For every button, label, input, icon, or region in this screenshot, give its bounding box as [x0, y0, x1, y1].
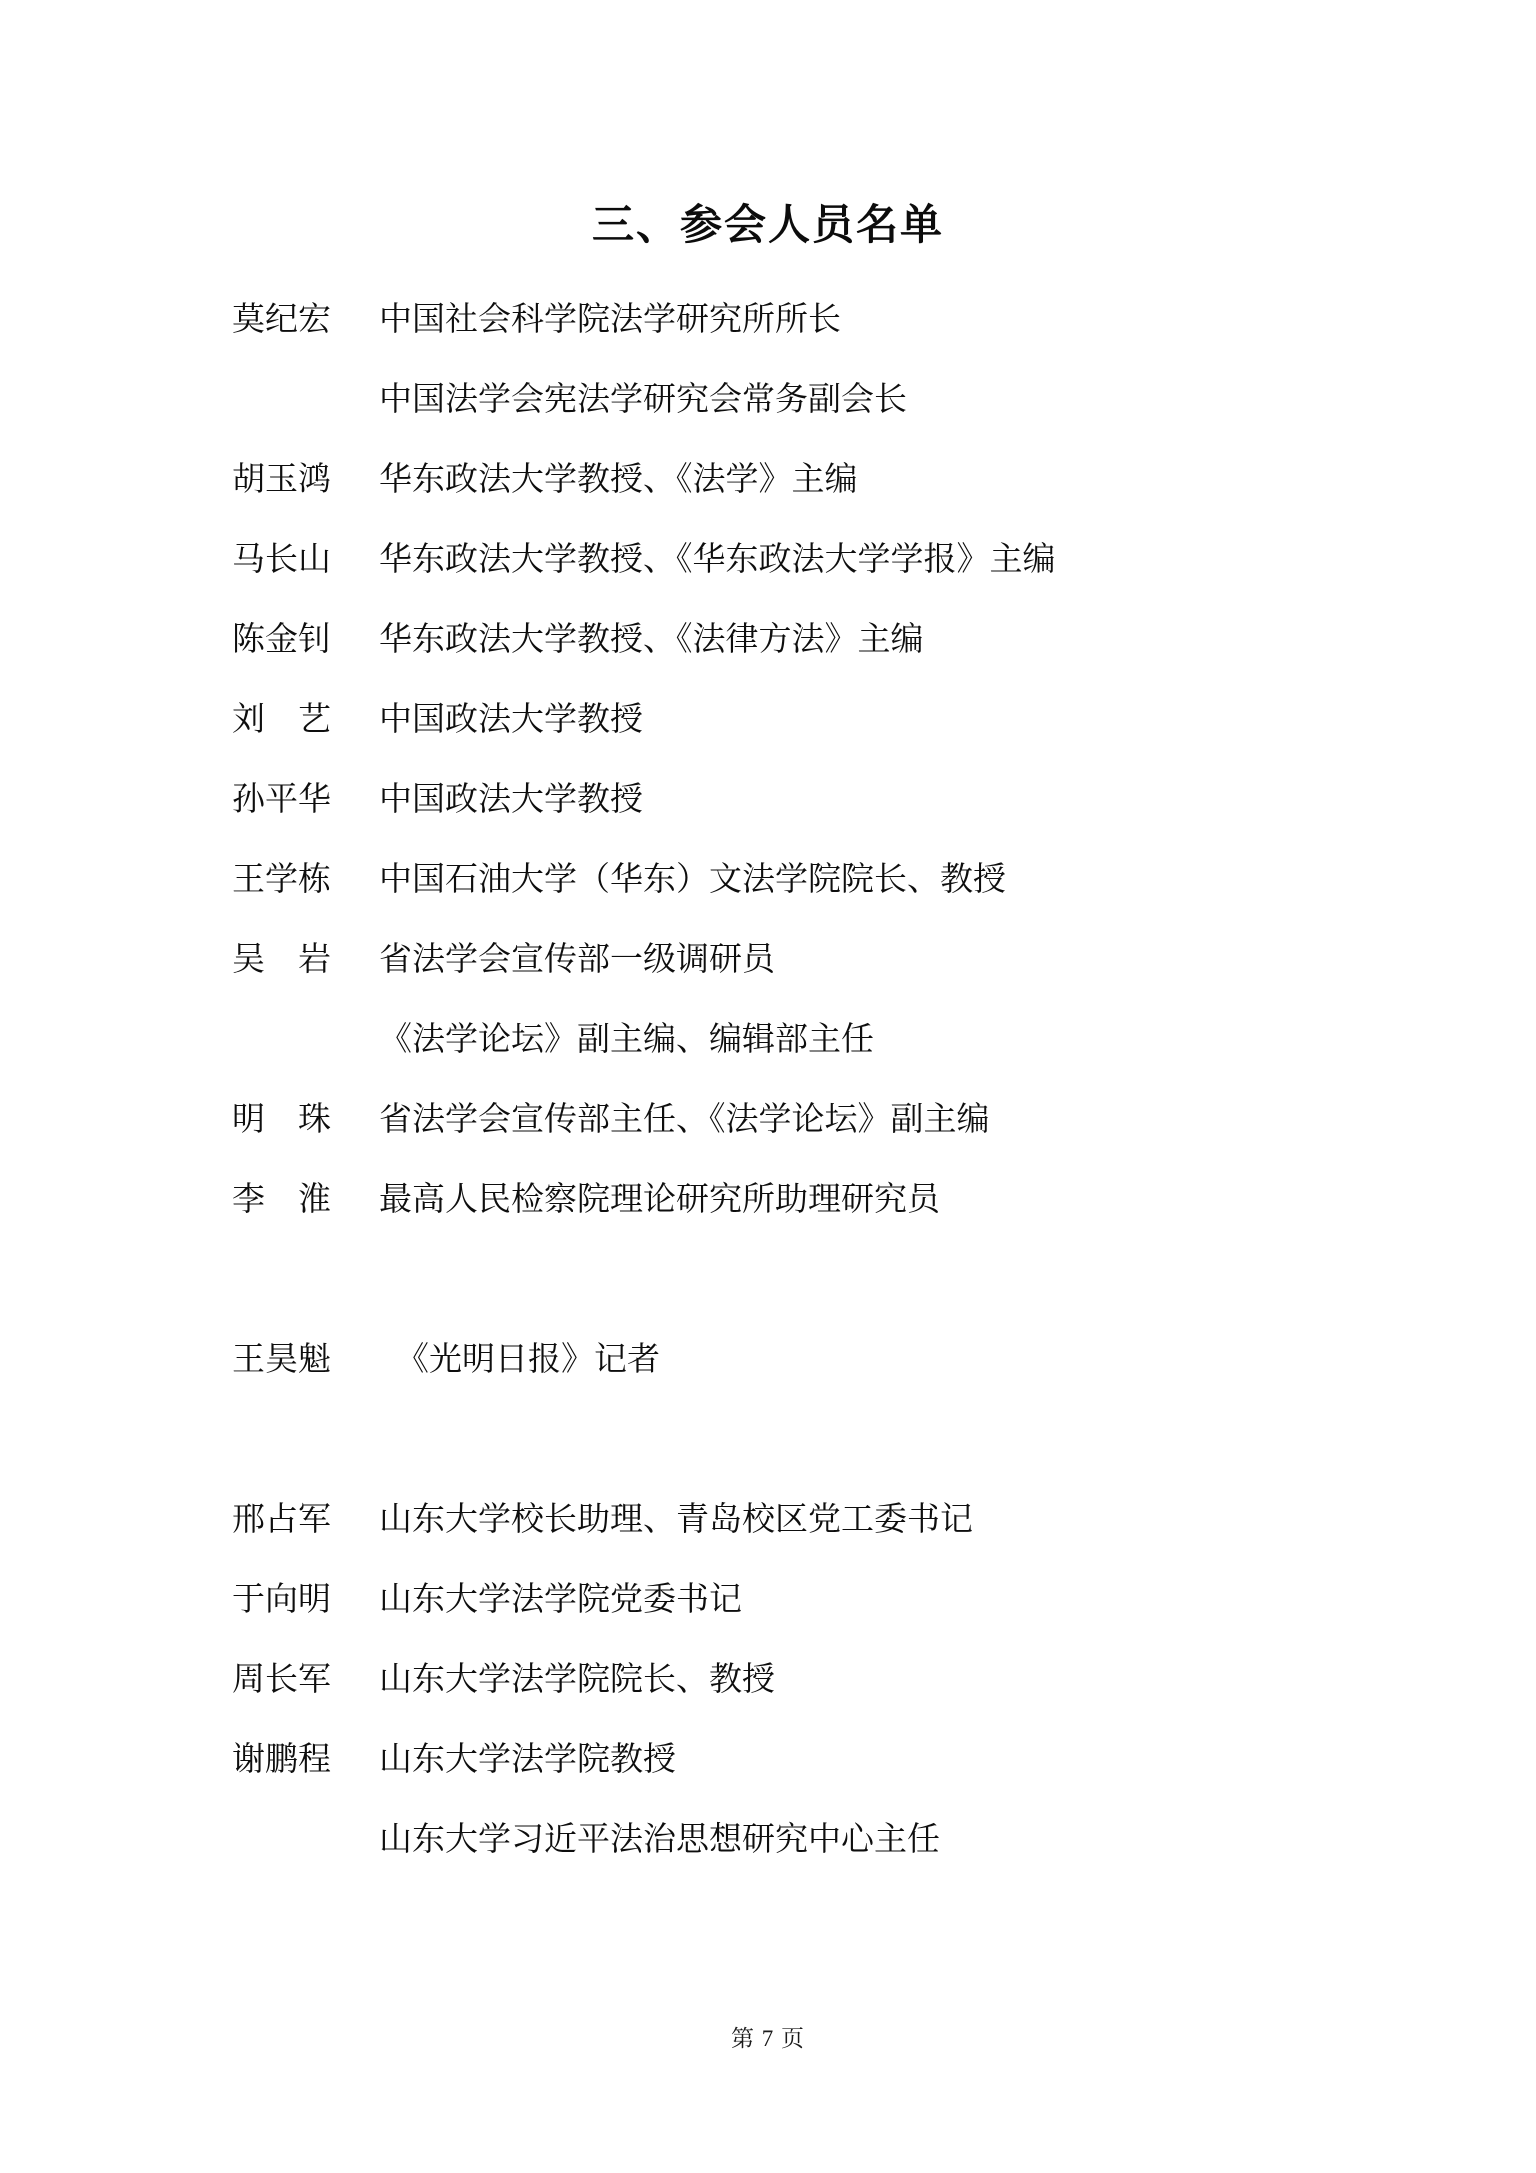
participant-name: 王昊魁	[232, 1333, 332, 1380]
participant-name: 莫纪宏	[232, 293, 332, 340]
participant-role: 华东政法大学教授、《华东政法大学学报》主编	[379, 533, 1056, 580]
participant-name: 孙平华	[232, 773, 332, 820]
participant-role: 省法学会宣传部一级调研员	[379, 933, 775, 980]
participant-row: 山东大学习近平法治思想研究中心主任	[0, 1796, 1536, 1876]
participant-row: 中国法学会宪法学研究会常务副会长	[0, 356, 1536, 436]
participant-row: 刘 艺中国政法大学教授	[0, 676, 1536, 756]
participant-row: 马长山华东政法大学教授、《华东政法大学学报》主编	[0, 516, 1536, 596]
participant-row: 周长军山东大学法学院院长、教授	[0, 1636, 1536, 1716]
participant-row: 胡玉鸿华东政法大学教授、《法学》主编	[0, 436, 1536, 516]
participant-row: 李 淮最高人民检察院理论研究所助理研究员	[0, 1156, 1536, 1236]
participant-name: 明 珠	[232, 1093, 332, 1140]
participant-role: 山东大学习近平法治思想研究中心主任	[379, 1813, 940, 1860]
participant-name: 王学栋	[232, 853, 332, 900]
participant-name: 谢鹏程	[232, 1733, 332, 1780]
participant-row: 王昊魁《光明日报》记者	[0, 1316, 1536, 1396]
participant-row: 孙平华中国政法大学教授	[0, 756, 1536, 836]
participant-role: 省法学会宣传部主任、《法学论坛》副主编	[379, 1093, 990, 1140]
participant-role: 山东大学法学院党委书记	[379, 1573, 742, 1620]
participant-role: 中国社会科学院法学研究所所长	[379, 293, 841, 340]
participant-role: 最高人民检察院理论研究所助理研究员	[379, 1173, 940, 1220]
participant-row: 《法学论坛》副主编、编辑部主任	[0, 996, 1536, 1076]
participant-role: 华东政法大学教授、《法律方法》主编	[379, 613, 924, 660]
participant-role: 山东大学法学院院长、教授	[379, 1653, 775, 1700]
page-number: 第 7 页	[0, 2020, 1536, 2053]
document-page: 三、参会人员名单 莫纪宏中国社会科学院法学研究所所长中国法学会宪法学研究会常务副…	[0, 0, 1536, 2173]
participant-name: 于向明	[232, 1573, 332, 1620]
participant-row: 邢占军山东大学校长助理、青岛校区党工委书记	[0, 1476, 1536, 1556]
participant-name: 陈金钊	[232, 613, 332, 660]
participant-role: 山东大学法学院教授	[379, 1733, 676, 1780]
participant-role: 华东政法大学教授、《法学》主编	[379, 453, 858, 500]
participant-row: 陈金钊华东政法大学教授、《法律方法》主编	[0, 596, 1536, 676]
participant-role: 中国政法大学教授	[379, 773, 643, 820]
participant-role: 中国政法大学教授	[379, 693, 643, 740]
participant-name: 胡玉鸿	[232, 453, 332, 500]
participant-name: 吴 岩	[232, 933, 332, 980]
participant-row: 吴 岩省法学会宣传部一级调研员	[0, 916, 1536, 996]
participant-row: 谢鹏程山东大学法学院教授	[0, 1716, 1536, 1796]
participant-role: 《光明日报》记者	[396, 1333, 660, 1380]
page-title: 三、参会人员名单	[0, 192, 1536, 252]
participant-role: 中国法学会宪法学研究会常务副会长	[379, 373, 907, 420]
participant-role: 中国石油大学（华东）文法学院院长、教授	[379, 853, 1006, 900]
participant-row: 莫纪宏中国社会科学院法学研究所所长	[0, 276, 1536, 356]
participant-list: 莫纪宏中国社会科学院法学研究所所长中国法学会宪法学研究会常务副会长胡玉鸿华东政法…	[0, 276, 1536, 1876]
participant-role: 山东大学校长助理、青岛校区党工委书记	[379, 1493, 973, 1540]
participant-name: 马长山	[232, 533, 332, 580]
participant-row: 明 珠省法学会宣传部主任、《法学论坛》副主编	[0, 1076, 1536, 1156]
participant-role: 《法学论坛》副主编、编辑部主任	[379, 1013, 874, 1060]
participant-name: 刘 艺	[232, 693, 332, 740]
participant-row: 于向明山东大学法学院党委书记	[0, 1556, 1536, 1636]
participant-name: 李 淮	[232, 1173, 332, 1220]
participant-name: 邢占军	[232, 1493, 332, 1540]
participant-row: 王学栋中国石油大学（华东）文法学院院长、教授	[0, 836, 1536, 916]
participant-name: 周长军	[232, 1653, 332, 1700]
